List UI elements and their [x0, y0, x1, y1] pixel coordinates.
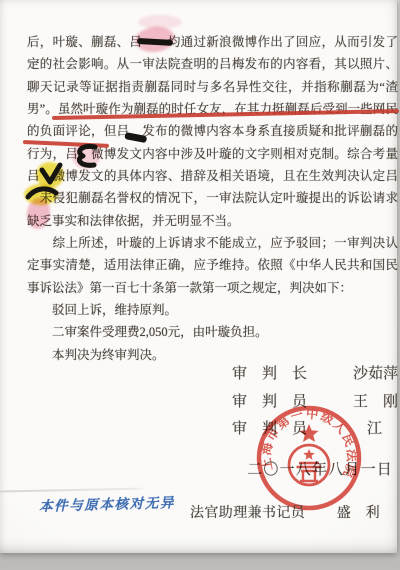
clerk-title: 法官助理兼书记员 — [190, 502, 305, 522]
clerk-name: 盛 利 — [337, 502, 380, 522]
judgment-page: 后，叶璇、蒯磊、吕 均通过新浪微博作出了回应，从而引发了一定的社会影响。从一审法… — [0, 0, 397, 553]
judgment-text-line: 综上所述，叶璇的上诉请求不能成立，应予驳回；一审判决认 — [27, 232, 398, 254]
verification-handwriting: 本件与原本核对无异 — [39, 491, 175, 515]
judge-name: 沙茹萍 — [353, 362, 398, 383]
judgment-text-line: 驳回上诉，维持原判。 — [27, 299, 398, 321]
court-seal: 上海市第一中级人民法院 — [253, 402, 365, 514]
clerk-signature-row: 法官助理兼书记员 盛 利 — [190, 502, 380, 522]
redaction-scribble-icon — [74, 143, 100, 169]
judgment-text-line: 未侵犯蒯磊名誉权的情况下，一审法院认定叶璇提出的诉讼请求 — [27, 187, 398, 209]
judgment-text-line: 缺乏事实和法律依据，并无明显不当。 — [27, 210, 398, 232]
judgment-text-line: 后，叶璇、蒯磊、吕 均通过新浪微博作出了回应，从而引发了一 — [27, 31, 398, 53]
court-seal-text: 上海市第一中级人民法院 — [258, 406, 360, 481]
redaction-arc-icon — [25, 184, 59, 202]
scan-photo-background: 后，叶璇、蒯磊、吕 均通过新浪微博作出了回应，从而引发了一定的社会影响。从一审法… — [0, 0, 400, 570]
judgment-text-line: 聊天记录等证据指责蒯磊同时与多名异性交往，并指称蒯磊为“渣 — [27, 76, 398, 98]
judgment-text-line: 定事实清楚，适用法律正确，应予维持。依照《中华人民共和国民 — [27, 254, 398, 276]
judge-title: 审 判 长 — [232, 362, 307, 383]
judgment-text-line: 二审案件受理费2,050元，由叶璇负担。 — [27, 321, 398, 343]
judgment-text-line: 的负面评论，但吕 发布的微博内容本身系直接质疑和批评蒯磊的 — [27, 120, 398, 142]
svg-text:上海市第一中级人民法院: 上海市第一中级人民法院 — [258, 406, 360, 481]
judgment-text-line: 事诉讼法》第一百七十条第一款第一项之规定，判决如下： — [27, 277, 398, 299]
judge-signature-row: 审 判 长 沙茹萍 — [232, 359, 398, 387]
judgment-body-text: 后，叶璇、蒯磊、吕 均通过新浪微博作出了回应，从而引发了一定的社会影响。从一审法… — [27, 31, 398, 366]
national-emblem-icon — [289, 424, 329, 485]
judge-name: 江 — [367, 417, 382, 438]
judgment-text-line: 定的社会影响。从一审法院查明的吕梅发布的内容看，其以照片、 — [27, 53, 398, 75]
page-fold-line — [0, 487, 148, 492]
